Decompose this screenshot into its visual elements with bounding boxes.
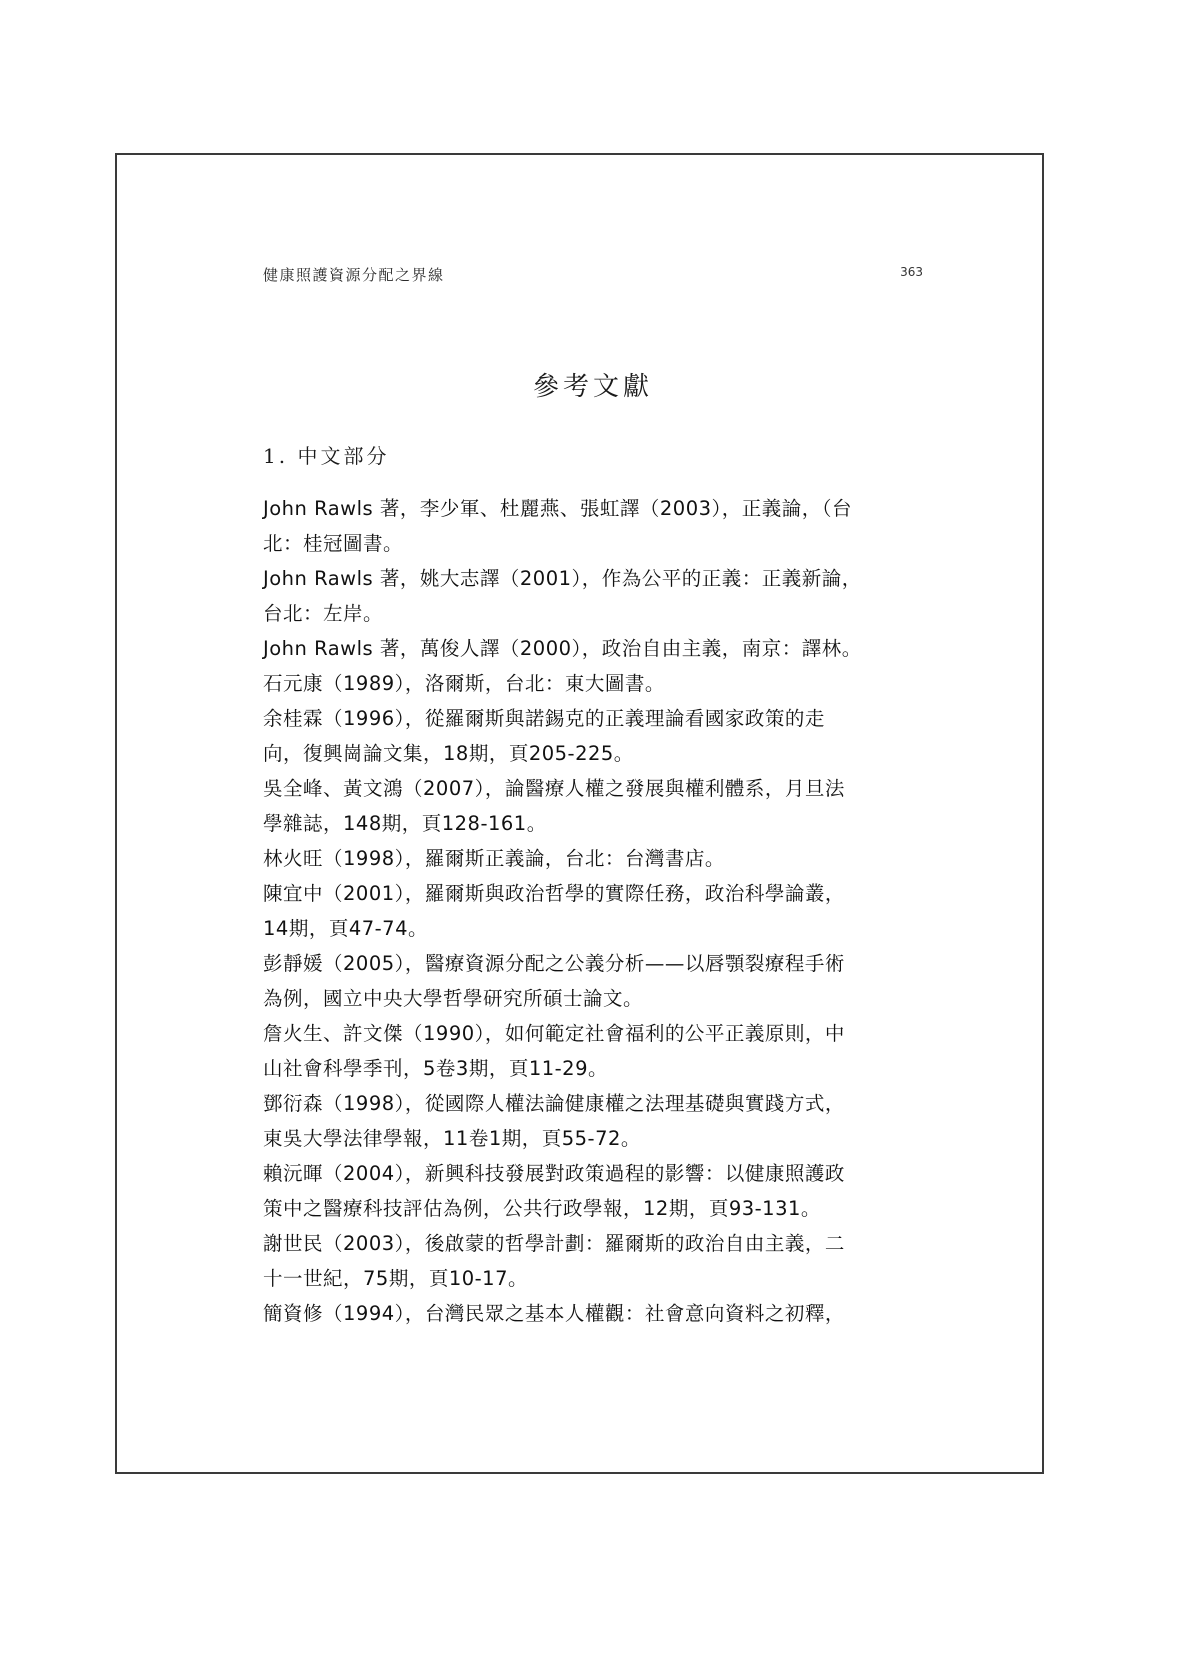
reference-line: 林火旺（1998），羅爾斯正義論，台北：台灣書店。 [307,841,918,876]
reference-line: 學雜誌，148期，頁128-161。 [307,806,918,841]
reference-entry: John Rawls 著，李少軍、杜麗燕、張虹譯（2003），正義論，（台 北：… [263,491,918,561]
reference-entry: 簡資修（1994），台灣民眾之基本人權觀：社會意向資料之初釋， [263,1296,918,1331]
reference-entry: 石元康（1989），洛爾斯，台北：東大圖書。 [263,666,918,701]
reference-entry: 鄧衍森（1998），從國際人權法論健康權之法理基礎與實踐方式， 東吳大學法律學報… [263,1086,918,1156]
reference-entry: 詹火生、許文傑（1990），如何範定社會福利的公平正義原則，中 山社會科學季刊，… [263,1016,918,1086]
running-title: 健康照護資源分配之界線 [263,264,445,285]
reference-line: 謝世民（2003），後啟蒙的哲學計劃：羅爾斯的政治自由主義，二 [307,1226,918,1261]
reference-line: 台北：左岸。 [307,596,918,631]
reference-line: 余桂霖（1996），從羅爾斯與諾錫克的正義理論看國家政策的走 [307,701,918,736]
reference-line: 賴沅暉（2004），新興科技發展對政策過程的影響：以健康照護政 [307,1156,918,1191]
reference-line: 十一世紀，75期，頁10-17。 [307,1261,918,1296]
reference-line: 策中之醫療科技評估為例，公共行政學報，12期，頁93-131。 [307,1191,918,1226]
section-title: 參考文獻 [263,366,923,403]
page-number: 363 [900,265,923,279]
reference-line: 東吳大學法律學報，11卷1期，頁55-72。 [307,1121,918,1156]
reference-line: 石元康（1989），洛爾斯，台北：東大圖書。 [307,666,918,701]
reference-line: 14期，頁47-74。 [307,911,918,946]
reference-line: 北：桂冠圖書。 [307,526,918,561]
reference-entry: John Rawls 著，萬俊人譯（2000），政治自由主義，南京：譯林。 [263,631,918,666]
reference-entry: 陳宜中（2001），羅爾斯與政治哲學的實際任務，政治科學論叢， 14期，頁47-… [263,876,918,946]
reference-entry: 謝世民（2003），後啟蒙的哲學計劃：羅爾斯的政治自由主義，二 十一世紀，75期… [263,1226,918,1296]
reference-entry: 余桂霖（1996），從羅爾斯與諾錫克的正義理論看國家政策的走 向，復興崗論文集，… [263,701,918,771]
reference-entry: 彭靜媛（2005），醫療資源分配之公義分析——以唇顎裂療程手術 為例，國立中央大… [263,946,918,1016]
reference-line: 詹火生、許文傑（1990），如何範定社會福利的公平正義原則，中 [307,1016,918,1051]
reference-line: 吳全峰、黃文鴻（2007），論醫療人權之發展與權利體系，月旦法 [307,771,918,806]
reference-line: 簡資修（1994），台灣民眾之基本人權觀：社會意向資料之初釋， [307,1296,918,1331]
reference-line: 為例，國立中央大學哲學研究所碩士論文。 [307,981,918,1016]
reference-line: John Rawls 著，萬俊人譯（2000），政治自由主義，南京：譯林。 [307,631,918,666]
reference-line: 向，復興崗論文集，18期，頁205-225。 [307,736,918,771]
reference-line: 鄧衍森（1998），從國際人權法論健康權之法理基礎與實踐方式， [307,1086,918,1121]
running-head: 健康照護資源分配之界線 363 [263,264,923,286]
reference-entry: 賴沅暉（2004），新興科技發展對政策過程的影響：以健康照護政 策中之醫療科技評… [263,1156,918,1226]
subsection-title: 1. 中文部分 [263,440,389,469]
reference-line: John Rawls 著，姚大志譯（2001），作為公平的正義：正義新論， [307,561,918,596]
reference-line: John Rawls 著，李少軍、杜麗燕、張虹譯（2003），正義論，（台 [307,491,918,526]
reference-line: 陳宜中（2001），羅爾斯與政治哲學的實際任務，政治科學論叢， [307,876,918,911]
reference-entry: 吳全峰、黃文鴻（2007），論醫療人權之發展與權利體系，月旦法 學雜誌，148期… [263,771,918,841]
reference-list: John Rawls 著，李少軍、杜麗燕、張虹譯（2003），正義論，（台 北：… [263,491,918,1331]
reference-entry: 林火旺（1998），羅爾斯正義論，台北：台灣書店。 [263,841,918,876]
reference-entry: John Rawls 著，姚大志譯（2001），作為公平的正義：正義新論， 台北… [263,561,918,631]
reference-line: 彭靜媛（2005），醫療資源分配之公義分析——以唇顎裂療程手術 [307,946,918,981]
reference-line: 山社會科學季刊，5卷3期，頁11-29。 [307,1051,918,1086]
